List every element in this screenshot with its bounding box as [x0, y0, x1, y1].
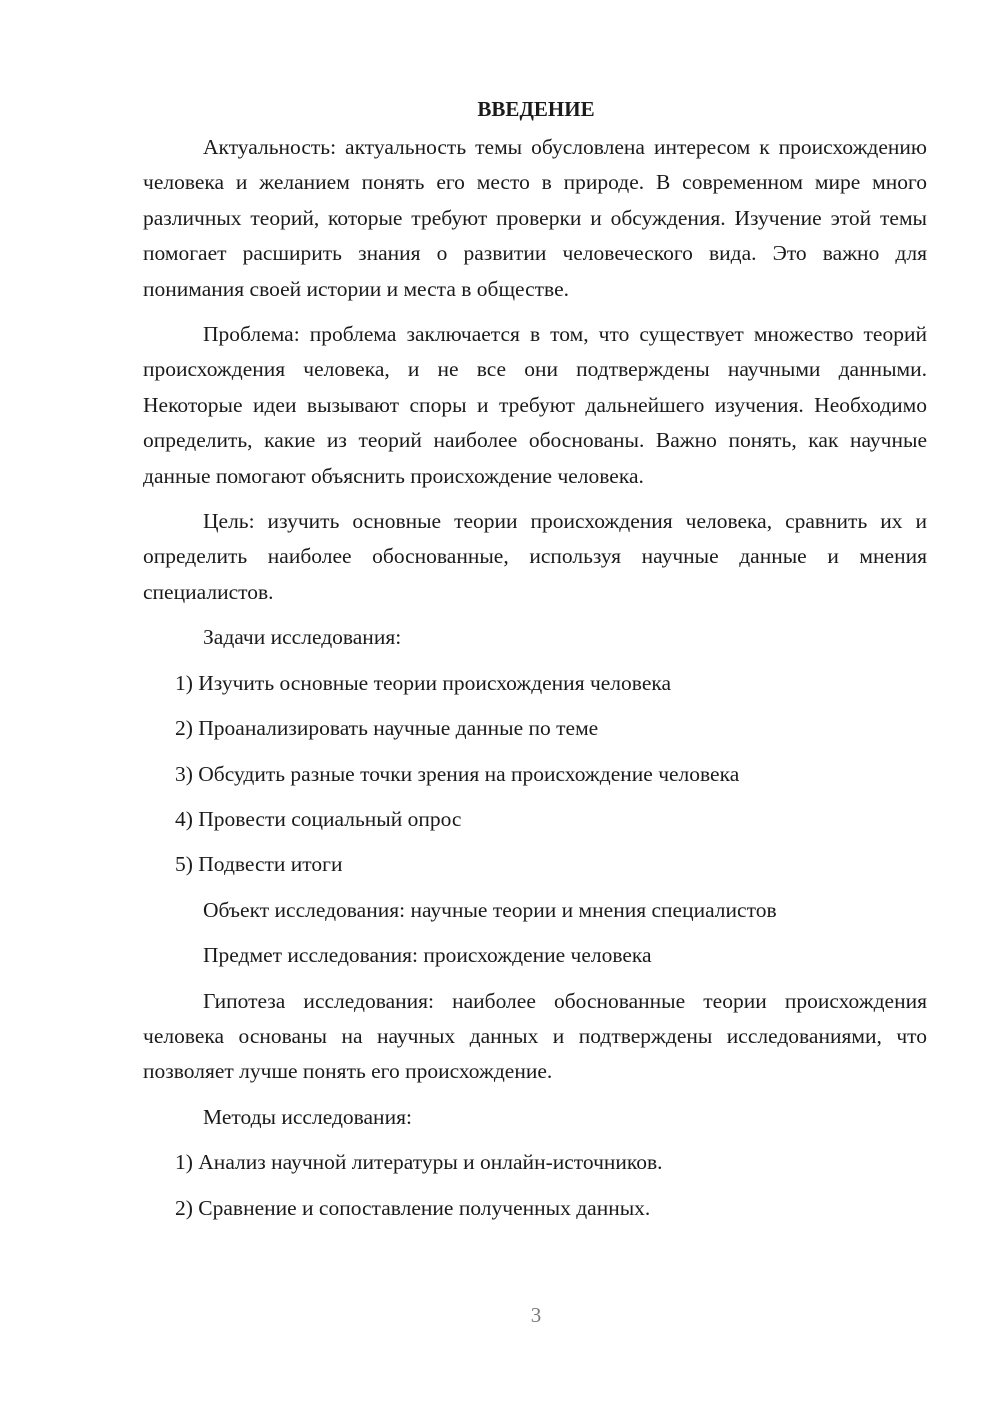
task-item: 3) Обсудить разные точки зрения на проис… [143, 757, 927, 792]
tasks-list: 1) Изучить основные теории происхождения… [143, 666, 927, 883]
task-item: 5) Подвести итоги [143, 847, 927, 882]
relevance-paragraph: Актуальность: актуальность темы обусловл… [143, 130, 927, 307]
problem-paragraph: Проблема: проблема заключается в том, чт… [143, 317, 927, 494]
goal-paragraph: Цель: изучить основные теории происхожде… [143, 504, 927, 610]
research-object: Объект исследования: научные теории и мн… [143, 893, 927, 928]
method-item: 1) Анализ научной литературы и онлайн-ис… [143, 1145, 927, 1180]
research-subject: Предмет исследования: происхождение чело… [143, 938, 927, 973]
section-title: ВВЕДЕНИЕ [143, 92, 927, 127]
method-item: 2) Сравнение и сопоставление полученных … [143, 1191, 927, 1226]
task-item: 1) Изучить основные теории происхождения… [143, 666, 927, 701]
document-page: ВВЕДЕНИЕ Актуальность: актуальность темы… [143, 92, 927, 1236]
tasks-heading: Задачи исследования: [143, 620, 927, 655]
methods-list: 1) Анализ научной литературы и онлайн-ис… [143, 1145, 927, 1226]
hypothesis-paragraph: Гипотеза исследования: наиболее обоснова… [143, 984, 927, 1090]
page-number: 3 [0, 1303, 1000, 1328]
methods-heading: Методы исследования: [143, 1100, 927, 1135]
task-item: 2) Проанализировать научные данные по те… [143, 711, 927, 746]
task-item: 4) Провести социальный опрос [143, 802, 927, 837]
